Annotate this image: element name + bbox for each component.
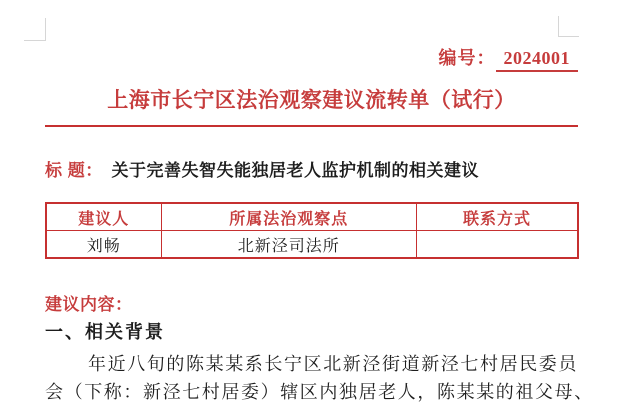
- table-row: 刘畅 北新泾司法所: [46, 231, 578, 259]
- subject-value: 关于完善失智失能独居老人监护机制的相关建议: [111, 161, 479, 180]
- text-boundary-mark-left: [24, 18, 46, 41]
- document-page: 编号：2024001 上海市长宁区法治观察建议流转单（试行） 标 题： 关于完善…: [0, 0, 623, 408]
- text-boundary-mark-right: [558, 16, 579, 37]
- body-paragraph: 年近八旬的陈某某系长宁区北新泾街道新泾七村居民委员 会（下称：新泾七村居委）辖区…: [45, 350, 578, 406]
- info-table-header-row: 建议人 所属法治观察点 联系方式: [46, 203, 578, 231]
- doc-number-label: 编号：: [439, 48, 496, 68]
- title-divider-line: [45, 125, 578, 127]
- header-cell-contact: 联系方式: [417, 203, 579, 231]
- header-cell-proposer: 建议人: [46, 203, 161, 231]
- subject-row: 标 题： 关于完善失智失能独居老人监护机制的相关建议: [45, 156, 578, 181]
- cell-proposer: 刘畅: [46, 231, 161, 259]
- background-section-heading: 一、相关背景: [45, 318, 165, 344]
- suggestion-content-label: 建议内容：: [45, 290, 133, 315]
- subject-label: 标 题：: [45, 161, 103, 180]
- cell-contact: [417, 231, 579, 259]
- header-cell-observation-point: 所属法治观察点: [161, 203, 417, 231]
- paragraph-line-2: 会（下称：新泾七村居委）辖区内独居老人，陈某某的祖父母、: [45, 378, 578, 406]
- doc-title: 上海市长宁区法治观察建议流转单（试行）: [45, 84, 578, 114]
- cell-observation-point: 北新泾司法所: [161, 231, 417, 259]
- doc-number-value: 2024001: [496, 48, 579, 72]
- info-table: 建议人 所属法治观察点 联系方式 刘畅 北新泾司法所: [45, 202, 579, 259]
- paragraph-line-1: 年近八旬的陈某某系长宁区北新泾街道新泾七村居民委员: [45, 350, 578, 378]
- doc-number: 编号：2024001: [439, 44, 579, 72]
